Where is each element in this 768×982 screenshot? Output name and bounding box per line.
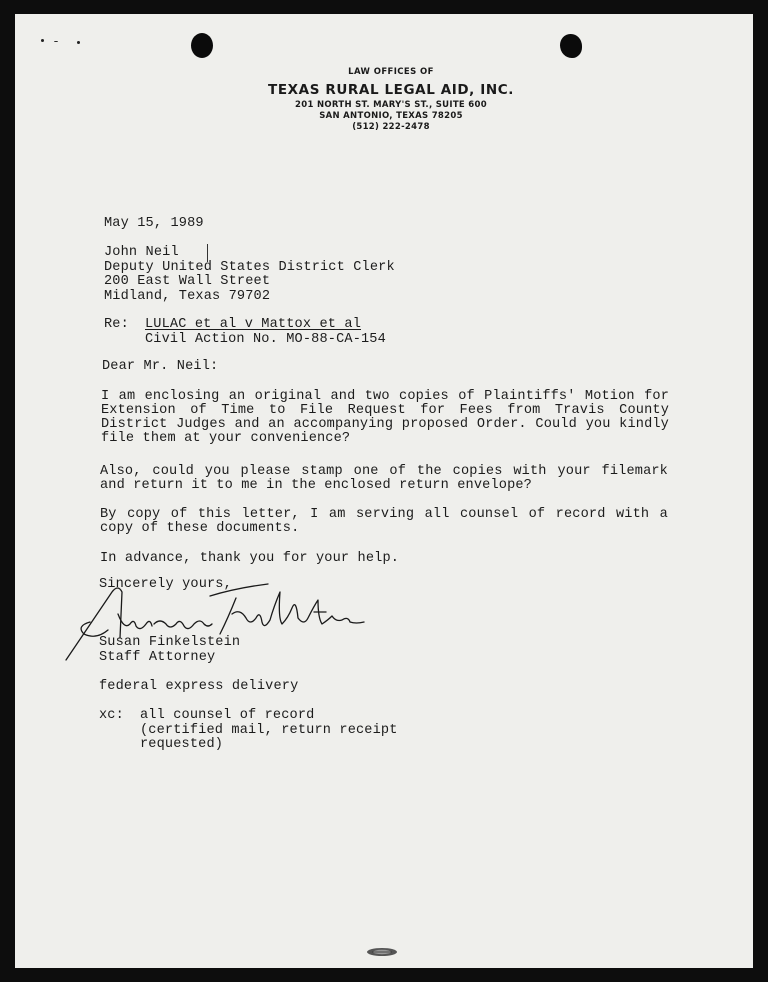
signer-name: Susan Finkelstein	[99, 636, 240, 650]
letterhead-address-city: SAN ANTONIO, TEXAS 78205	[14, 111, 768, 122]
paragraph-2: Also, could you please stamp one of the …	[100, 465, 668, 493]
xc-line-1: all counsel of record	[140, 709, 314, 723]
paragraph-3: By copy of this letter, I am serving all…	[100, 508, 668, 536]
re-case-name: LULAC et al v Mattox et al	[145, 318, 361, 332]
signer-title: Staff Attorney	[99, 651, 215, 665]
letterhead: LAW OFFICES OF TEXAS RURAL LEGAL AID, IN…	[0, 66, 768, 133]
re-civil-action: Civil Action No. MO-88-CA-154	[145, 333, 386, 347]
letterhead-law-offices: LAW OFFICES OF	[14, 66, 768, 78]
recipient-title: Deputy United States District Clerk	[104, 261, 395, 275]
xc-line-3: requested)	[140, 738, 223, 752]
recipient-street: 200 East Wall Street	[104, 275, 270, 289]
paper-specks	[37, 39, 87, 45]
recipient-name: John Neil	[104, 246, 179, 260]
salutation: Dear Mr. Neil:	[102, 360, 218, 374]
union-label-bug-icon	[366, 947, 398, 957]
recipient-city: Midland, Texas 79702	[104, 290, 270, 304]
letterhead-organization: TEXAS RURAL LEGAL AID, INC.	[14, 80, 768, 100]
punch-hole-right	[560, 34, 582, 58]
paragraph-4: In advance, thank you for your help.	[100, 552, 399, 566]
paragraph-1: I am enclosing an original and two copie…	[101, 390, 669, 446]
xc-line-2: (certified mail, return receipt	[140, 724, 398, 738]
xc-label: xc:	[99, 709, 124, 723]
re-label: Re:	[104, 318, 129, 332]
delivery-note: federal express delivery	[99, 680, 298, 694]
letter-date: May 15, 1989	[104, 217, 204, 231]
letterhead-address-street: 201 NORTH ST. MARY'S ST., SUITE 600	[14, 100, 768, 111]
letterhead-phone: (512) 222-2478	[14, 122, 768, 133]
punch-hole-left	[191, 33, 213, 58]
